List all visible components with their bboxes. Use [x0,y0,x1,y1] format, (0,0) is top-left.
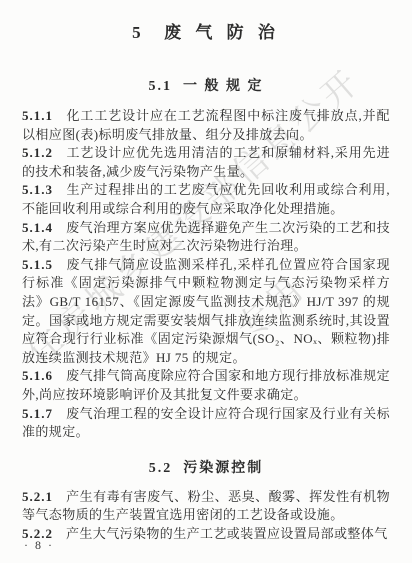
clause-5-1-1: 5.1.1化工工艺设计应在工艺流程图中标注废气排放点,并配以相应图(表)标明废气… [22,107,390,144]
clause-5-2-2: 5.2.2产生大气污染物的生产工艺或装置应设置局部或整体气 [22,525,390,544]
section-heading-5-2: 5.2 污染源控制 [22,457,390,477]
clause-text: 废气治理方案应优先选择避免产生二次污染的工艺和技术,有二次污染产生时应对二次污染… [22,220,390,254]
clause-5-1-3: 5.1.3生产过程排出的工艺废气应优先回收利用或综合利用,不能回收利用或综合利用… [22,181,390,218]
clause-number: 5.1.1 [22,108,53,123]
page-number: · 8 · [24,538,54,553]
clause-text: 工艺设计应优先选用清洁的工艺和原辅材料,采用先进的技术和装备,减少废气污染物产生… [22,145,390,179]
document-page: 住房城乡建设部信息公开 专用 5 废 气 防 治 5.1 一 般 规 定 5.1… [0,0,412,563]
section-heading-5-1: 5.1 一 般 规 定 [22,75,390,95]
clause-number: 5.2.1 [22,489,53,504]
clause-number: 5.1.5 [22,257,53,272]
clause-5-1-2: 5.1.2工艺设计应优先选用清洁的工艺和原辅材料,采用先进的技术和装备,减少废气… [22,144,390,181]
clause-number: 5.1.4 [22,220,53,235]
clause-5-1-7: 5.1.7废气治理工程的安全设计应符合现行国家及行业有关标准的规定。 [22,405,390,442]
clause-number: 5.1.6 [22,368,53,383]
clause-text: 产生有毒有害废气、粉尘、恶臭、酸雾、挥发性有机物等气态物质的生产装置宜选用密闭的… [22,489,390,523]
clause-5-2-1: 5.2.1产生有毒有害废气、粉尘、恶臭、酸雾、挥发性有机物等气态物质的生产装置宜… [22,488,390,525]
clause-number: 5.1.2 [22,145,53,160]
clause-5-1-4: 5.1.4废气治理方案应优先选择避免产生二次污染的工艺和技术,有二次污染产生时应… [22,219,390,256]
clause-text: 产生大气污染物的生产工艺或装置应设置局部或整体气 [66,526,388,541]
clause-text: 生产过程排出的工艺废气应优先回收利用或综合利用,不能回收利用或综合利用的废气应采… [22,182,390,216]
clause-5-1-6: 5.1.6废气排气筒高度除应符合国家和地方现行排放标准规定外,尚应按环境影响评价… [22,367,390,404]
clause-number: 5.1.3 [22,182,53,197]
clause-5-1-5: 5.1.5废气排气筒应设监测采样孔,采样孔位置应符合国家现行标准《固定污染源排气… [22,256,390,368]
page-content: 5 废 气 防 治 5.1 一 般 规 定 5.1.1化工工艺设计应在工艺流程图… [0,0,412,543]
clause-number: 5.1.7 [22,406,53,421]
clause-text: 废气排气筒应设监测采样孔,采样孔位置应符合国家现行标准《固定污染源排气中颗粒物测… [22,257,390,365]
clause-text: 废气排气筒高度除应符合国家和地方现行排放标准规定外,尚应按环境影响评价及其批复文… [22,368,390,402]
chapter-title: 5 废 气 防 治 [22,18,390,43]
clause-text: 化工工艺设计应在工艺流程图中标注废气排放点,并配以相应图(表)标明废气排放量、组… [22,108,390,142]
clause-text: 废气治理工程的安全设计应符合现行国家及行业有关标准的规定。 [22,406,390,440]
